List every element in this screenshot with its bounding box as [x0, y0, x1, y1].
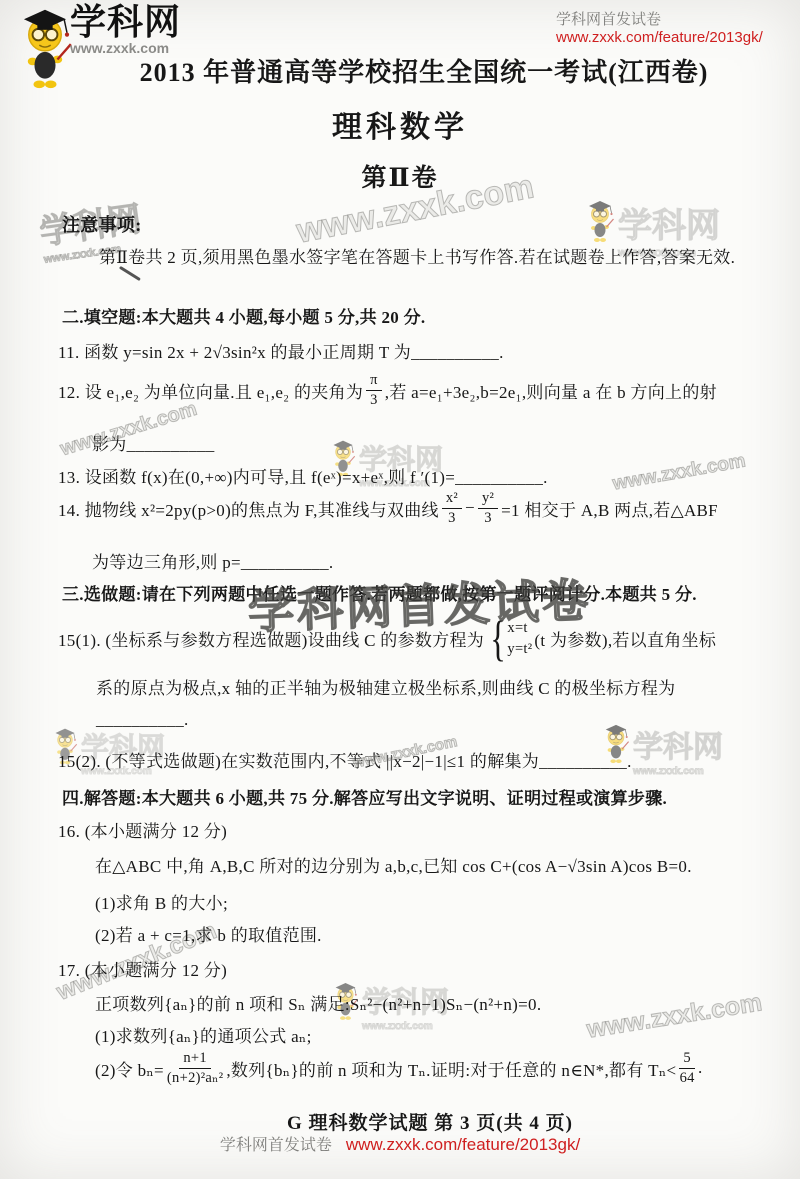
footer-release: 学科网首发试卷 www.zxxk.com/feature/2013gk/ [0, 1132, 800, 1155]
question-15-1-line2: 系的原点为极点,x 轴的正半轴为极轴建立极坐标系,则曲线 C 的极坐标方程为 [96, 674, 676, 699]
fraction-x2-3: x² 3 [442, 490, 462, 526]
watermark-url: www.zxxk.com [611, 450, 747, 495]
zxxk-mascot-icon [585, 198, 615, 244]
question-16-head: 16. (本小题满分 12 分) [58, 817, 227, 842]
notice-heading: 注意事项: [62, 211, 142, 237]
question-14: 14. 抛物线 x²=2py(p>0)的焦点为 F,其准线与双曲线 x² 3 −… [58, 490, 718, 526]
notice-body: 第Ⅱ卷共 2 页,须用黑色墨水签字笔在答题卡上书写作答.若在试题卷上作答,答案无… [99, 243, 735, 268]
fraction-y2-3: y² 3 [478, 490, 498, 526]
footer-page-info: G 理科数学试题 第 3 页(共 4 页) [0, 1108, 800, 1135]
pen-scratch-mark [119, 266, 141, 281]
exam-subject: 理科数学 [0, 102, 800, 146]
question-14-line2: 为等边三角形,则 p=__________. [92, 548, 333, 573]
question-11: 11. 函数 y=sin 2x + 2√3sin²x 的最小正周期 T 为___… [58, 338, 504, 363]
section-answer-heading: 四.解答题:本大题共 6 小题,共 75 分.解答应写出文字说明、证明过程或演算… [62, 784, 667, 809]
question-17-part2: (2)令 bₙ= n+1 (n+2)²aₙ² ,数列{bₙ}的前 n 项和为 T… [95, 1050, 703, 1086]
question-17-part1: (1)求数列{aₙ}的通项公式 aₙ; [95, 1022, 312, 1047]
question-12-line2: 影为__________ [92, 430, 215, 455]
question-16-part1: (1)求角 B 的大小; [95, 889, 228, 914]
section-choose-heading: 三.选做题:请在下列两题中任选一题作答.若两题都做,按第一题评阅计分.本题共 5… [62, 580, 697, 605]
question-13: 13. 设函数 f(x)在(0,+∞)内可导,且 f(eˣ)=x+eˣ,则 f … [58, 463, 548, 488]
question-16-intro: 在△ABC 中,角 A,B,C 所对的边分别为 a,b,c,已知 cos C+(… [95, 852, 692, 877]
site-logo: 学科网 www.zxxk.com [16, 4, 181, 92]
site-logo-url: www.zxxk.com [70, 40, 181, 56]
question-15-1: 15(1). (坐标系与参数方程选做题)设曲线 C 的参数方程为 { x=t y… [58, 616, 716, 661]
question-12: 12. 设 e₁,e₂ 为单位向量.且 e₁,e₂ 的夹角为 π 3 ,若 a=… [58, 372, 717, 408]
fraction-pi-3: π 3 [366, 372, 382, 408]
release-label: 学科网首发试卷 [556, 8, 763, 29]
scanned-exam-page: 学科网 www.zxxk.com www.zxxk.com 学科网 www.zx… [0, 0, 800, 1179]
footer-release-label: 学科网首发试卷 [220, 1137, 332, 1154]
question-15-1-blank: __________. [96, 710, 189, 730]
cases-parametric: { x=t y=t² [486, 616, 532, 661]
question-16-part2: (2)若 a + c=1,求 b 的取值范围. [95, 921, 322, 946]
footer-release-url: www.zxxk.com/feature/2013gk/ [346, 1135, 580, 1154]
release-info: 学科网首发试卷 www.zxxk.com/feature/2013gk/ [556, 8, 763, 46]
fraction-bn: n+1 (n+2)²aₙ² [167, 1050, 223, 1086]
watermark-url: www.zxxk.com [585, 988, 764, 1044]
release-url: www.zxxk.com/feature/2013gk/ [556, 29, 763, 46]
question-17-intro: 正项数列{aₙ}的前 n 项和 Sₙ 满足:Sₙ²−(n²+n−1)Sₙ−(n²… [95, 990, 541, 1015]
fraction-5-64: 5 64 [679, 1050, 695, 1086]
site-logo-brand: 学科网 [70, 4, 181, 40]
exam-volume: 第Ⅱ卷 [0, 158, 800, 194]
question-15-2: 15(2). (不等式选做题)在实数范围内,不等式 ||x−2|−1|≤1 的解… [58, 747, 632, 772]
section-fill-in-heading: 二.填空题:本大题共 4 小题,每小题 5 分,共 20 分. [62, 303, 425, 328]
zxxk-mascot-icon [16, 4, 74, 92]
question-17-head: 17. (本小题满分 12 分) [58, 956, 227, 981]
